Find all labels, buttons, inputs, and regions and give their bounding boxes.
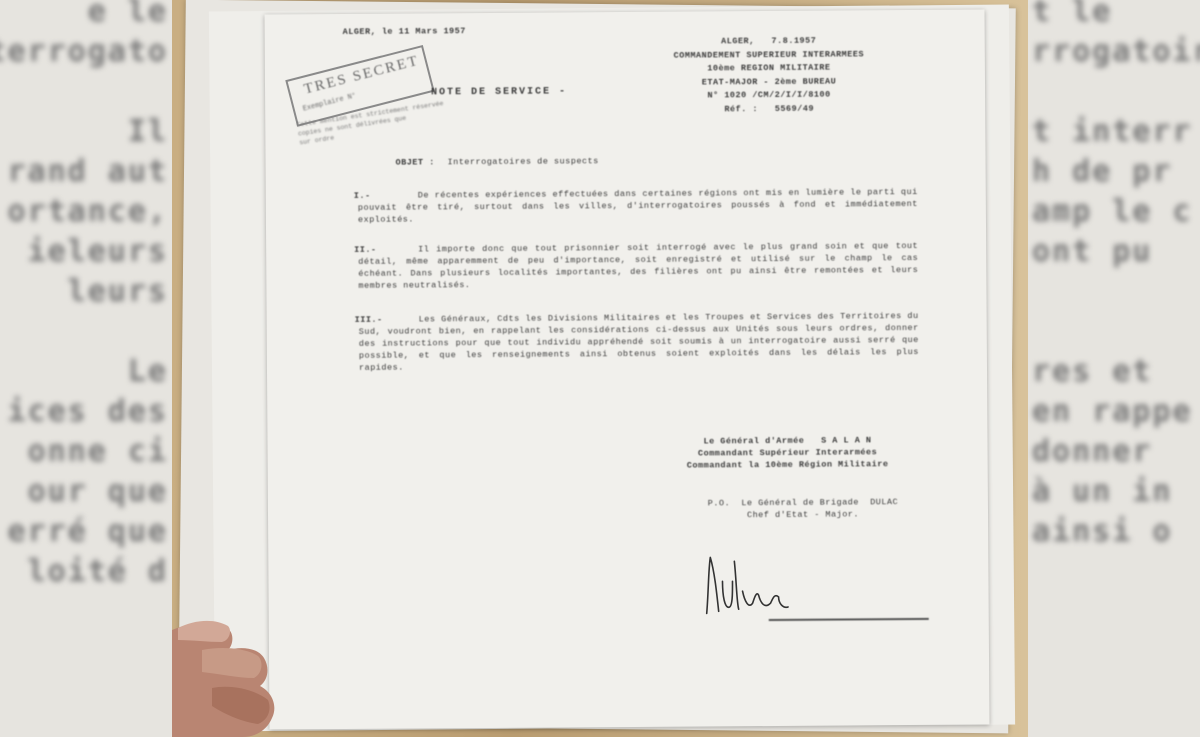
paragraph-text: Il importe donc que tout prisonnier soit… bbox=[358, 240, 918, 292]
document-photo: ALGER, le 11 Mars 1957 TRES SECRET Exemp… bbox=[172, 0, 1028, 737]
objet-label: OBJET : bbox=[396, 156, 435, 168]
paragraph-text: Les Généraux, Cdts les Divisions Militai… bbox=[359, 310, 919, 374]
doc-type: NOTE DE SERVICE - bbox=[431, 86, 567, 99]
objet-value: Interrogatoires de suspects bbox=[448, 155, 599, 168]
blurred-left-panel: e le terrogato Il rand aut ortance, iele… bbox=[0, 0, 172, 737]
signature-underline bbox=[769, 618, 929, 621]
header-right-block: ALGER, 7.8.1957 COMMANDEMENT SUPERIEUR I… bbox=[649, 34, 890, 117]
stamp-title: TRES SECRET bbox=[302, 53, 421, 99]
blurred-right-panel: t le rrogatoir t interr h de pr amp le c… bbox=[1028, 0, 1200, 737]
signature-block: Le Général d'Armée S A L A N Commandant … bbox=[667, 434, 907, 472]
holding-hand bbox=[172, 600, 372, 737]
document-sheet: ALGER, le 11 Mars 1957 TRES SECRET Exemp… bbox=[265, 9, 990, 729]
blurred-left-text: e le terrogato Il rand aut ortance, iele… bbox=[0, 0, 168, 592]
blurred-right-text: t le rrogatoir t interr h de pr amp le c… bbox=[1032, 0, 1200, 552]
po-block: P.O. Le Général de Brigade DULAC Chef d'… bbox=[668, 496, 938, 522]
place-date: ALGER, le 11 Mars 1957 bbox=[343, 25, 466, 38]
paragraph-text: De récentes expériences effectuées dans … bbox=[358, 186, 918, 226]
handwritten-signature bbox=[698, 551, 788, 622]
